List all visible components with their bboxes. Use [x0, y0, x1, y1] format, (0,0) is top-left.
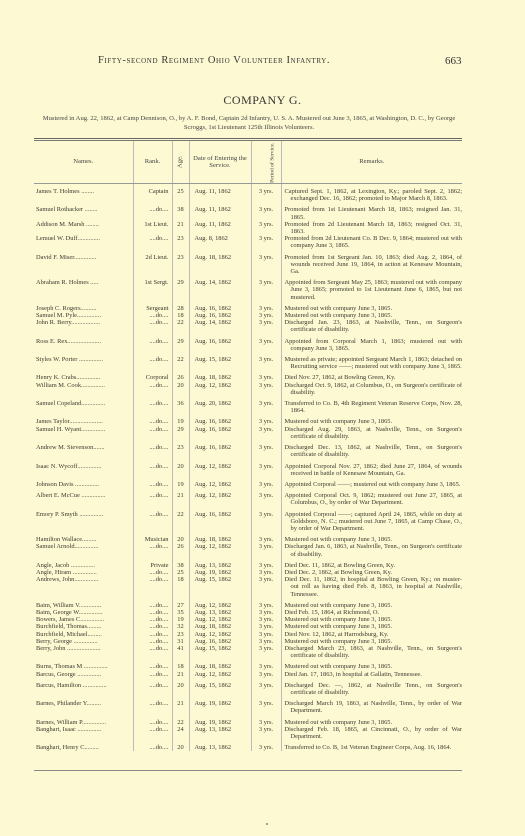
service-period: 3 yrs. [251, 543, 281, 557]
soldier-rank: ....do.... [133, 682, 172, 696]
soldier-age: 28 [172, 305, 189, 312]
service-period: 3 yrs. [251, 312, 281, 319]
service-remarks: Died Dec. 11, 1862, in hospital at Bowli… [281, 576, 462, 598]
soldier-rank: ....do.... [133, 663, 172, 670]
service-remarks: Promoted from 2d Lieutenant March 18, 18… [281, 221, 462, 235]
enlistment-date: Aug. 19, 1862 [189, 719, 251, 726]
soldier-rank: 1st Sergt. [133, 279, 172, 301]
soldier-rank: ....do.... [133, 569, 172, 576]
remarks-text: Mustered out with company June 3, 1865. [285, 312, 463, 319]
service-remarks: Mustered as private; appointed Sergeant … [281, 356, 462, 370]
soldier-age: 22 [172, 356, 189, 370]
company-title: COMPANY G. [0, 93, 525, 108]
soldier-age: 25 [172, 188, 189, 202]
soldier-age: 19 [172, 418, 189, 425]
enlistment-date: Aug. 20, 1862 [189, 400, 251, 414]
table-row: Samuel M. Pyle...................do....1… [34, 312, 462, 319]
remarks-text: Mustered out with company June 3, 1865. [285, 663, 463, 670]
page-number: 663 [445, 55, 462, 67]
soldier-rank: ....do.... [133, 576, 172, 598]
table-row: Ross E. Rex.........................do..… [34, 338, 462, 352]
soldier-name: Baim, William V.............. [34, 602, 133, 609]
service-remarks: Promoted from 1st Sergeant Jan. 10, 1863… [281, 254, 462, 276]
service-period: 3 yrs. [251, 492, 281, 506]
remarks-text: Transferred to Co. B, 1st Veteran Engine… [285, 744, 463, 751]
enlistment-date: Aug. 13, 1862 [189, 609, 251, 616]
soldier-name: John R. Berry.................. [34, 319, 133, 333]
remarks-text: Appointed from Sergeant May 25, 1863; mu… [285, 279, 463, 301]
table-row: David F. Miser..............2d Lieut.23A… [34, 254, 462, 276]
service-period: 3 yrs. [251, 418, 281, 425]
soldier-name: Berry, John ..................... [34, 645, 133, 659]
soldier-rank: ....do.... [133, 235, 172, 249]
soldier-age: 29 [172, 426, 189, 440]
service-remarks: Died Dec. 11, 1862, at Bowling Green, Ky… [281, 562, 462, 569]
soldier-name: Abraham R. Holmes ..... [34, 279, 133, 301]
enlistment-date: Aug. 8, 1862 [189, 235, 251, 249]
soldier-rank: ....do.... [133, 744, 172, 751]
soldier-age: 18 [172, 312, 189, 319]
soldier-rank: Musician [133, 536, 172, 543]
table-row: Lemuel W. Duff..................do....23… [34, 235, 462, 249]
service-period: 3 yrs. [251, 356, 281, 370]
table-row: Angle, Jacob ...............Private38Aug… [34, 562, 462, 569]
remarks-text: Mustered out with company June 3, 1865. [285, 602, 463, 609]
service-period: 3 yrs. [251, 726, 281, 740]
remarks-text: Discharged March 19, 1863, at Nashville,… [285, 700, 463, 714]
soldier-name: Lemuel W. Duff.............. [34, 235, 133, 249]
soldier-name: Samuel Rothacker ........ [34, 206, 133, 220]
table-row: Bowers, James C...................do....… [34, 616, 462, 623]
remarks-text: Mustered out with company June 3, 1865. [285, 305, 463, 312]
remarks-text: Died Dec. 2, 1862, at Bowling Green, Ky. [285, 569, 463, 576]
enlistment-date: Aug. 12, 1862 [189, 543, 251, 557]
enlistment-date: Aug. 13, 1862 [189, 562, 251, 569]
enlistment-date: Aug. 12, 1862 [189, 671, 251, 678]
muster-info: Mustered in Aug. 22, 1862, at Camp Denni… [34, 114, 464, 132]
table-header-row: Names. Rank. Age. Date of Entering the S… [34, 141, 462, 184]
soldier-name: Samuel Copeland............... [34, 400, 133, 414]
table-row: Burns, Thomas M ...................do...… [34, 663, 462, 670]
remarks-text: Died Dec. 11, 1862, at Bowling Green, Ky… [285, 562, 463, 569]
service-remarks: Mustered out with company June 3, 1865. [281, 418, 462, 425]
soldier-age: 20 [172, 536, 189, 543]
service-period: 3 yrs. [251, 374, 281, 381]
service-period: 3 yrs. [251, 623, 281, 630]
enlistment-date: Aug. 11, 1862 [189, 188, 251, 202]
soldier-name: Banghart, Henry C......... [34, 744, 133, 751]
remarks-text: Mustered out with company June 3, 1865. [285, 418, 463, 425]
soldier-name: Burchfield, Thomas......... [34, 623, 133, 630]
service-remarks: Mustered out with company June 3, 1865. [281, 305, 462, 312]
soldier-age: 32 [172, 623, 189, 630]
service-remarks: Mustered out with company June 3, 1865. [281, 623, 462, 630]
enlistment-date: Aug. 12, 1862 [189, 382, 251, 396]
service-remarks: Appointed Corporal Nov. 27, 1862; died J… [281, 463, 462, 477]
soldier-rank: ....do.... [133, 463, 172, 477]
remarks-text: Discharged Jan. 23, 1863, at Nashville, … [285, 319, 463, 333]
enlistment-date: Aug. 15, 1862 [189, 682, 251, 696]
enlistment-date: Aug. 12, 1862 [189, 463, 251, 477]
soldier-rank: ....do.... [133, 356, 172, 370]
soldier-age: 38 [172, 562, 189, 569]
soldier-name: Barnes, Philander Y......... [34, 700, 133, 714]
soldier-age: 18 [172, 576, 189, 598]
service-remarks: Appointed Corporal ——; mustered out with… [281, 481, 462, 488]
remarks-text: Appointed Corporal Oct. 9, 1862; mustere… [285, 492, 463, 506]
soldier-rank: ....do.... [133, 719, 172, 726]
soldier-rank: 2d Lieut. [133, 254, 172, 276]
table-row: Andrew M. Stevenson...........do....23Au… [34, 444, 462, 458]
soldier-name: Addison M. Marsh ........ [34, 221, 133, 235]
enlistment-date: Aug. 14, 1862 [189, 319, 251, 333]
remarks-text: Died Nov. 27, 1862, at Bowling Green, Ky… [285, 374, 463, 381]
service-period: 3 yrs. [251, 638, 281, 645]
soldier-name: Henry K. Crabs............... [34, 374, 133, 381]
soldier-age: 35 [172, 609, 189, 616]
table-row: Emory P. Smyth ...................do....… [34, 511, 462, 533]
service-period: 3 yrs. [251, 663, 281, 670]
soldier-name: Ross E. Rex..................... [34, 338, 133, 352]
service-period: 3 yrs. [251, 426, 281, 440]
service-remarks: Transferred to Co. B, 1st Veteran Engine… [281, 744, 462, 751]
service-period: 3 yrs. [251, 645, 281, 659]
remarks-text: Discharged Dec. —, 1862, at Nashville Te… [285, 682, 463, 696]
enlistment-date: Aug. 19, 1862 [189, 569, 251, 576]
soldier-age: 23 [172, 631, 189, 638]
remarks-text: Promoted from 2d Lieutenant Co. B Dec. 9… [285, 235, 463, 249]
enlistment-date: Aug. 12, 1862 [189, 481, 251, 488]
enlistment-date: Aug. 18, 1862 [189, 623, 251, 630]
soldier-rank: ....do.... [133, 726, 172, 740]
soldier-name: Emory P. Smyth ............... [34, 511, 133, 533]
soldier-rank: Corporal [133, 374, 172, 381]
table-row: Styles W. Porter ...................do..… [34, 356, 462, 370]
table-row: Berry, George ...................do....3… [34, 638, 462, 645]
soldier-name: Burchfield, Michael......... [34, 631, 133, 638]
soldier-name: William M. Cook............... [34, 382, 133, 396]
soldier-rank: ....do.... [133, 444, 172, 458]
remarks-text: Died Jan. 17, 1863, in hospital at Galla… [285, 671, 463, 678]
soldier-rank: ....do.... [133, 700, 172, 714]
remarks-text: Mustered out with company June 3, 1865. [285, 536, 463, 543]
service-period: 3 yrs. [251, 382, 281, 396]
soldier-rank: ....do.... [133, 426, 172, 440]
soldier-age: 19 [172, 481, 189, 488]
column-header-period: Period of Service. [251, 141, 281, 184]
soldier-age: 22 [172, 511, 189, 533]
enlistment-date: Aug. 11, 1862 [189, 221, 251, 235]
table-row: Henry K. Crabs...............Corporal26A… [34, 374, 462, 381]
enlistment-date: Aug. 18, 1862 [189, 374, 251, 381]
soldier-age: 21 [172, 700, 189, 714]
table-row: John R. Berry......................do...… [34, 319, 462, 333]
table-row: Barnes, Philander Y.............do....21… [34, 700, 462, 714]
service-remarks: Transferred to Co. B, 4th Regiment Veter… [281, 400, 462, 414]
soldier-rank: ....do.... [133, 481, 172, 488]
soldier-rank: ....do.... [133, 609, 172, 616]
enlistment-date: Aug. 18, 1862 [189, 663, 251, 670]
enlistment-date: Aug. 16, 1862 [189, 305, 251, 312]
service-period: 3 yrs. [251, 305, 281, 312]
service-remarks: Discharged March 19, 1863, at Nashville,… [281, 700, 462, 714]
remarks-text: Promoted from 1st Lieutenant March 18, 1… [285, 206, 463, 220]
service-period: 3 yrs. [251, 481, 281, 488]
enlistment-date: Aug. 13, 1862 [189, 726, 251, 740]
table-row: Joseph C. Rogers..........Sergeant28Aug.… [34, 305, 462, 312]
service-period: 3 yrs. [251, 700, 281, 714]
table-row: Abraham R. Holmes .....1st Sergt.29Aug. … [34, 279, 462, 301]
soldier-age: 38 [172, 206, 189, 220]
column-header-remarks: Remarks. [281, 141, 462, 184]
service-period: 3 yrs. [251, 254, 281, 276]
remarks-text: Died Dec. 11, 1862, in hospital at Bowli… [285, 576, 463, 598]
soldier-name: Andrews, John............... [34, 576, 133, 598]
table-row: Albert E. McCue ...................do...… [34, 492, 462, 506]
remarks-text: Appointed from Corporal March 1, 1863; m… [285, 338, 463, 352]
enlistment-date: Aug. 12, 1862 [189, 631, 251, 638]
soldier-age: 21 [172, 221, 189, 235]
remarks-text: Appointed Corporal ——; mustered out with… [285, 481, 463, 488]
table-row: James Taylor.........................do.… [34, 418, 462, 425]
soldier-name: Andrew M. Stevenson....... [34, 444, 133, 458]
service-period: 3 yrs. [251, 444, 281, 458]
service-period: 3 yrs. [251, 576, 281, 598]
remarks-text: Mustered out with company June 3, 1865. [285, 638, 463, 645]
enlistment-date: Aug. 16, 1862 [189, 426, 251, 440]
soldier-name: Burns, Thomas M ............... [34, 663, 133, 670]
table-row: Johnson Davis ...................do....1… [34, 481, 462, 488]
enlistment-date: Aug. 16, 1862 [189, 338, 251, 352]
soldier-name: Joseph C. Rogers.......... [34, 305, 133, 312]
enlistment-date: Aug. 12, 1862 [189, 616, 251, 623]
enlistment-date: Aug. 16, 1862 [189, 312, 251, 319]
table-row: Barnes, William P...................do..… [34, 719, 462, 726]
roster-table: Names. Rank. Age. Date of Entering the S… [34, 141, 462, 751]
soldier-name: Samuel M. Pyle............... [34, 312, 133, 319]
service-remarks: Promoted from 1st Lieutenant March 18, 1… [281, 206, 462, 220]
service-remarks: Discharged March 23, 1863, at Nashville,… [281, 645, 462, 659]
soldier-name: Berry, George ............... [34, 638, 133, 645]
enlistment-date: Aug. 13, 1862 [189, 744, 251, 751]
table-row: Barcus, Hamilton ...................do..… [34, 682, 462, 696]
remarks-text: Mustered out with company June 3, 1865. [285, 719, 463, 726]
service-period: 3 yrs. [251, 602, 281, 609]
remarks-text: Appointed Corporal Nov. 27, 1862; died J… [285, 463, 463, 477]
soldier-name: Angle, Hiram ............... [34, 569, 133, 576]
service-remarks: Mustered out with company June 3, 1865. [281, 602, 462, 609]
service-period: 3 yrs. [251, 279, 281, 301]
soldier-name: Styles W. Porter ............... [34, 356, 133, 370]
table-row: James T. Holmes ........Captain25Aug. 11… [34, 188, 462, 202]
service-remarks: Mustered out with company June 3, 1865. [281, 638, 462, 645]
soldier-name: James Taylor..................... [34, 418, 133, 425]
service-period: 3 yrs. [251, 616, 281, 623]
soldier-rank: Private [133, 562, 172, 569]
service-remarks: Died Feb. 15, 1864, at Richmond, O. [281, 609, 462, 616]
service-remarks: Mustered out with company June 3, 1865. [281, 663, 462, 670]
service-period: 3 yrs. [251, 206, 281, 220]
table-row: Burchfield, Thomas.............do....32A… [34, 623, 462, 630]
soldier-age: 36 [172, 400, 189, 414]
remarks-text: Died Nov. 12, 1862, at Harrodsburg, Ky. [285, 631, 463, 638]
soldier-rank: ....do.... [133, 418, 172, 425]
soldier-age: 20 [172, 382, 189, 396]
soldier-rank: ....do.... [133, 616, 172, 623]
table-row: Banghart, Henry C.............do....20Au… [34, 744, 462, 751]
enlistment-date: Aug. 12, 1862 [189, 492, 251, 506]
soldier-age: 22 [172, 319, 189, 333]
soldier-rank: ....do.... [133, 492, 172, 506]
enlistment-date: Aug. 19, 1862 [189, 700, 251, 714]
remarks-text: Discharged Oct. 9, 1862, at Columbus, O.… [285, 382, 463, 396]
soldier-age: 19 [172, 616, 189, 623]
table-row: Samuel Arnold...................do....26… [34, 543, 462, 557]
soldier-rank: Captain [133, 188, 172, 202]
enlistment-date: Aug. 15, 1862 [189, 576, 251, 598]
table-row: Banghart, Isaac ...................do...… [34, 726, 462, 740]
soldier-name: Banghart, Isaac ............... [34, 726, 133, 740]
remarks-text: Mustered out with company June 3, 1865. [285, 623, 463, 630]
soldier-rank: ....do.... [133, 638, 172, 645]
soldier-name: David F. Miser.............. [34, 254, 133, 276]
soldier-rank: ....do.... [133, 206, 172, 220]
soldier-name: Albert E. McCue ............... [34, 492, 133, 506]
soldier-name: Samuel H. Wyant............... [34, 426, 133, 440]
soldier-name: Isaac N. Wycoff............... [34, 463, 133, 477]
soldier-name: Baim, George W............... [34, 609, 133, 616]
service-remarks: Mustered out with company June 3, 1865. [281, 536, 462, 543]
soldier-age: 23 [172, 444, 189, 458]
soldier-age: 31 [172, 638, 189, 645]
remarks-text: Mustered out with company June 3, 1865. [285, 616, 463, 623]
soldier-name: Barcus, Hamilton ............... [34, 682, 133, 696]
soldier-rank: ....do.... [133, 382, 172, 396]
soldier-name: Johnson Davis ............... [34, 481, 133, 488]
soldier-rank: ....do.... [133, 338, 172, 352]
table-row: Andrews, John...................do....18… [34, 576, 462, 598]
table-row: Hamilton Wallace.........Musician20Aug. … [34, 536, 462, 543]
enlistment-date: Aug. 12, 1862 [189, 602, 251, 609]
soldier-name: Hamilton Wallace......... [34, 536, 133, 543]
service-remarks: Captured Sept. 1, 1862, at Lexington, Ky… [281, 188, 462, 202]
soldier-rank: ....do.... [133, 602, 172, 609]
enlistment-date: Aug. 14, 1862 [189, 279, 251, 301]
soldier-age: 20 [172, 682, 189, 696]
enlistment-date: Aug. 16, 1862 [189, 444, 251, 458]
remarks-text: Promoted from 2d Lieutenant March 18, 18… [285, 221, 463, 235]
remarks-text: Promoted from 1st Sergeant Jan. 10, 1863… [285, 254, 463, 276]
remarks-text: Appointed Corporal ——; captured April 24… [285, 511, 463, 533]
soldier-name: Angle, Jacob ............... [34, 562, 133, 569]
service-remarks: Discharged Aug. 29, 1863, at Nashville, … [281, 426, 462, 440]
service-remarks: Appointed from Sergeant May 25, 1863; mu… [281, 279, 462, 301]
enlistment-date: Aug. 16, 1862 [189, 511, 251, 533]
service-period: 3 yrs. [251, 188, 281, 202]
remarks-text: Discharged Feb. 18, 1865, at Cincinnati,… [285, 726, 463, 740]
remarks-text: Discharged Dec. 13, 1862, at Nashville, … [285, 444, 463, 458]
service-period: 3 yrs. [251, 235, 281, 249]
service-remarks: Died Jan. 17, 1863, in hospital at Galla… [281, 671, 462, 678]
service-remarks: Mustered out with company June 3, 1865. [281, 616, 462, 623]
soldier-rank: ....do.... [133, 312, 172, 319]
enlistment-date: Aug. 15, 1862 [189, 356, 251, 370]
soldier-rank: ....do.... [133, 400, 172, 414]
table-row: Isaac N. Wycoff...................do....… [34, 463, 462, 477]
table-row: Samuel Rothacker ............do....38Aug… [34, 206, 462, 220]
soldier-age: 20 [172, 463, 189, 477]
soldier-rank: ....do.... [133, 623, 172, 630]
table-row: Angle, Hiram ...................do....25… [34, 569, 462, 576]
soldier-rank: ....do.... [133, 631, 172, 638]
soldier-name: Bowers, James C............... [34, 616, 133, 623]
enlistment-date: Aug. 11, 1862 [189, 206, 251, 220]
soldier-age: 26 [172, 543, 189, 557]
service-remarks: Promoted from 2d Lieutenant Co. B Dec. 9… [281, 235, 462, 249]
soldier-name: Samuel Arnold............... [34, 543, 133, 557]
soldier-age: 25 [172, 569, 189, 576]
service-remarks: Died Nov. 12, 1862, at Harrodsburg, Ky. [281, 631, 462, 638]
service-remarks: Appointed from Corporal March 1, 1863; m… [281, 338, 462, 352]
soldier-rank: ....do.... [133, 319, 172, 333]
service-period: 3 yrs. [251, 682, 281, 696]
soldier-name: Barcus, George ............... [34, 671, 133, 678]
soldier-rank: ....do.... [133, 671, 172, 678]
enlistment-date: Aug. 15, 1862 [189, 645, 251, 659]
column-header-rank: Rank. [133, 141, 172, 184]
service-period: 3 yrs. [251, 511, 281, 533]
remarks-text: Transferred to Co. B, 4th Regiment Veter… [285, 400, 463, 414]
remarks-text: Discharged March 23, 1863, at Nashville,… [285, 645, 463, 659]
soldier-age: 21 [172, 492, 189, 506]
remarks-text: Captured Sept. 1, 1862, at Lexington, Ky… [285, 188, 463, 202]
service-period: 3 yrs. [251, 744, 281, 751]
enlistment-date: Aug. 16, 1862 [189, 418, 251, 425]
enlistment-date: Aug. 18, 1862 [189, 254, 251, 276]
service-remarks: Mustered out with company June 3, 1865. [281, 312, 462, 319]
page-mark [266, 823, 268, 825]
service-period: 3 yrs. [251, 631, 281, 638]
soldier-age: 29 [172, 338, 189, 352]
soldier-age: 24 [172, 726, 189, 740]
table-row: Burchfield, Michael.............do....23… [34, 631, 462, 638]
soldier-age: 29 [172, 279, 189, 301]
roster-body: James T. Holmes ........Captain25Aug. 11… [34, 184, 462, 752]
soldier-age: 20 [172, 744, 189, 751]
column-header-date: Date of Entering the Service. [189, 141, 251, 184]
service-period: 3 yrs. [251, 671, 281, 678]
soldier-name: Barnes, William P............... [34, 719, 133, 726]
service-period: 3 yrs. [251, 338, 281, 352]
service-period: 3 yrs. [251, 569, 281, 576]
table-row: Samuel H. Wyant...................do....… [34, 426, 462, 440]
service-remarks: Discharged Jan. 23, 1863, at Nashville, … [281, 319, 462, 333]
service-remarks: Discharged Jan. 6, 1863, at Nashville, T… [281, 543, 462, 557]
service-remarks: Discharged Oct. 9, 1862, at Columbus, O.… [281, 382, 462, 396]
soldier-age: 23 [172, 254, 189, 276]
table-row: Baim, George W...................do....3… [34, 609, 462, 616]
service-remarks: Died Dec. 2, 1862, at Bowling Green, Ky. [281, 569, 462, 576]
service-remarks: Discharged Feb. 18, 1865, at Cincinnati,… [281, 726, 462, 740]
table-row: Addison M. Marsh ........1st Lieut.21Aug… [34, 221, 462, 235]
remarks-text: Died Feb. 15, 1864, at Richmond, O. [285, 609, 463, 616]
soldier-rank: ....do.... [133, 511, 172, 533]
column-header-age: Age. [172, 141, 189, 184]
service-remarks: Appointed Corporal ——; captured April 24… [281, 511, 462, 533]
table-row: Barcus, George ...................do....… [34, 671, 462, 678]
soldier-age: 21 [172, 671, 189, 678]
service-period: 3 yrs. [251, 719, 281, 726]
